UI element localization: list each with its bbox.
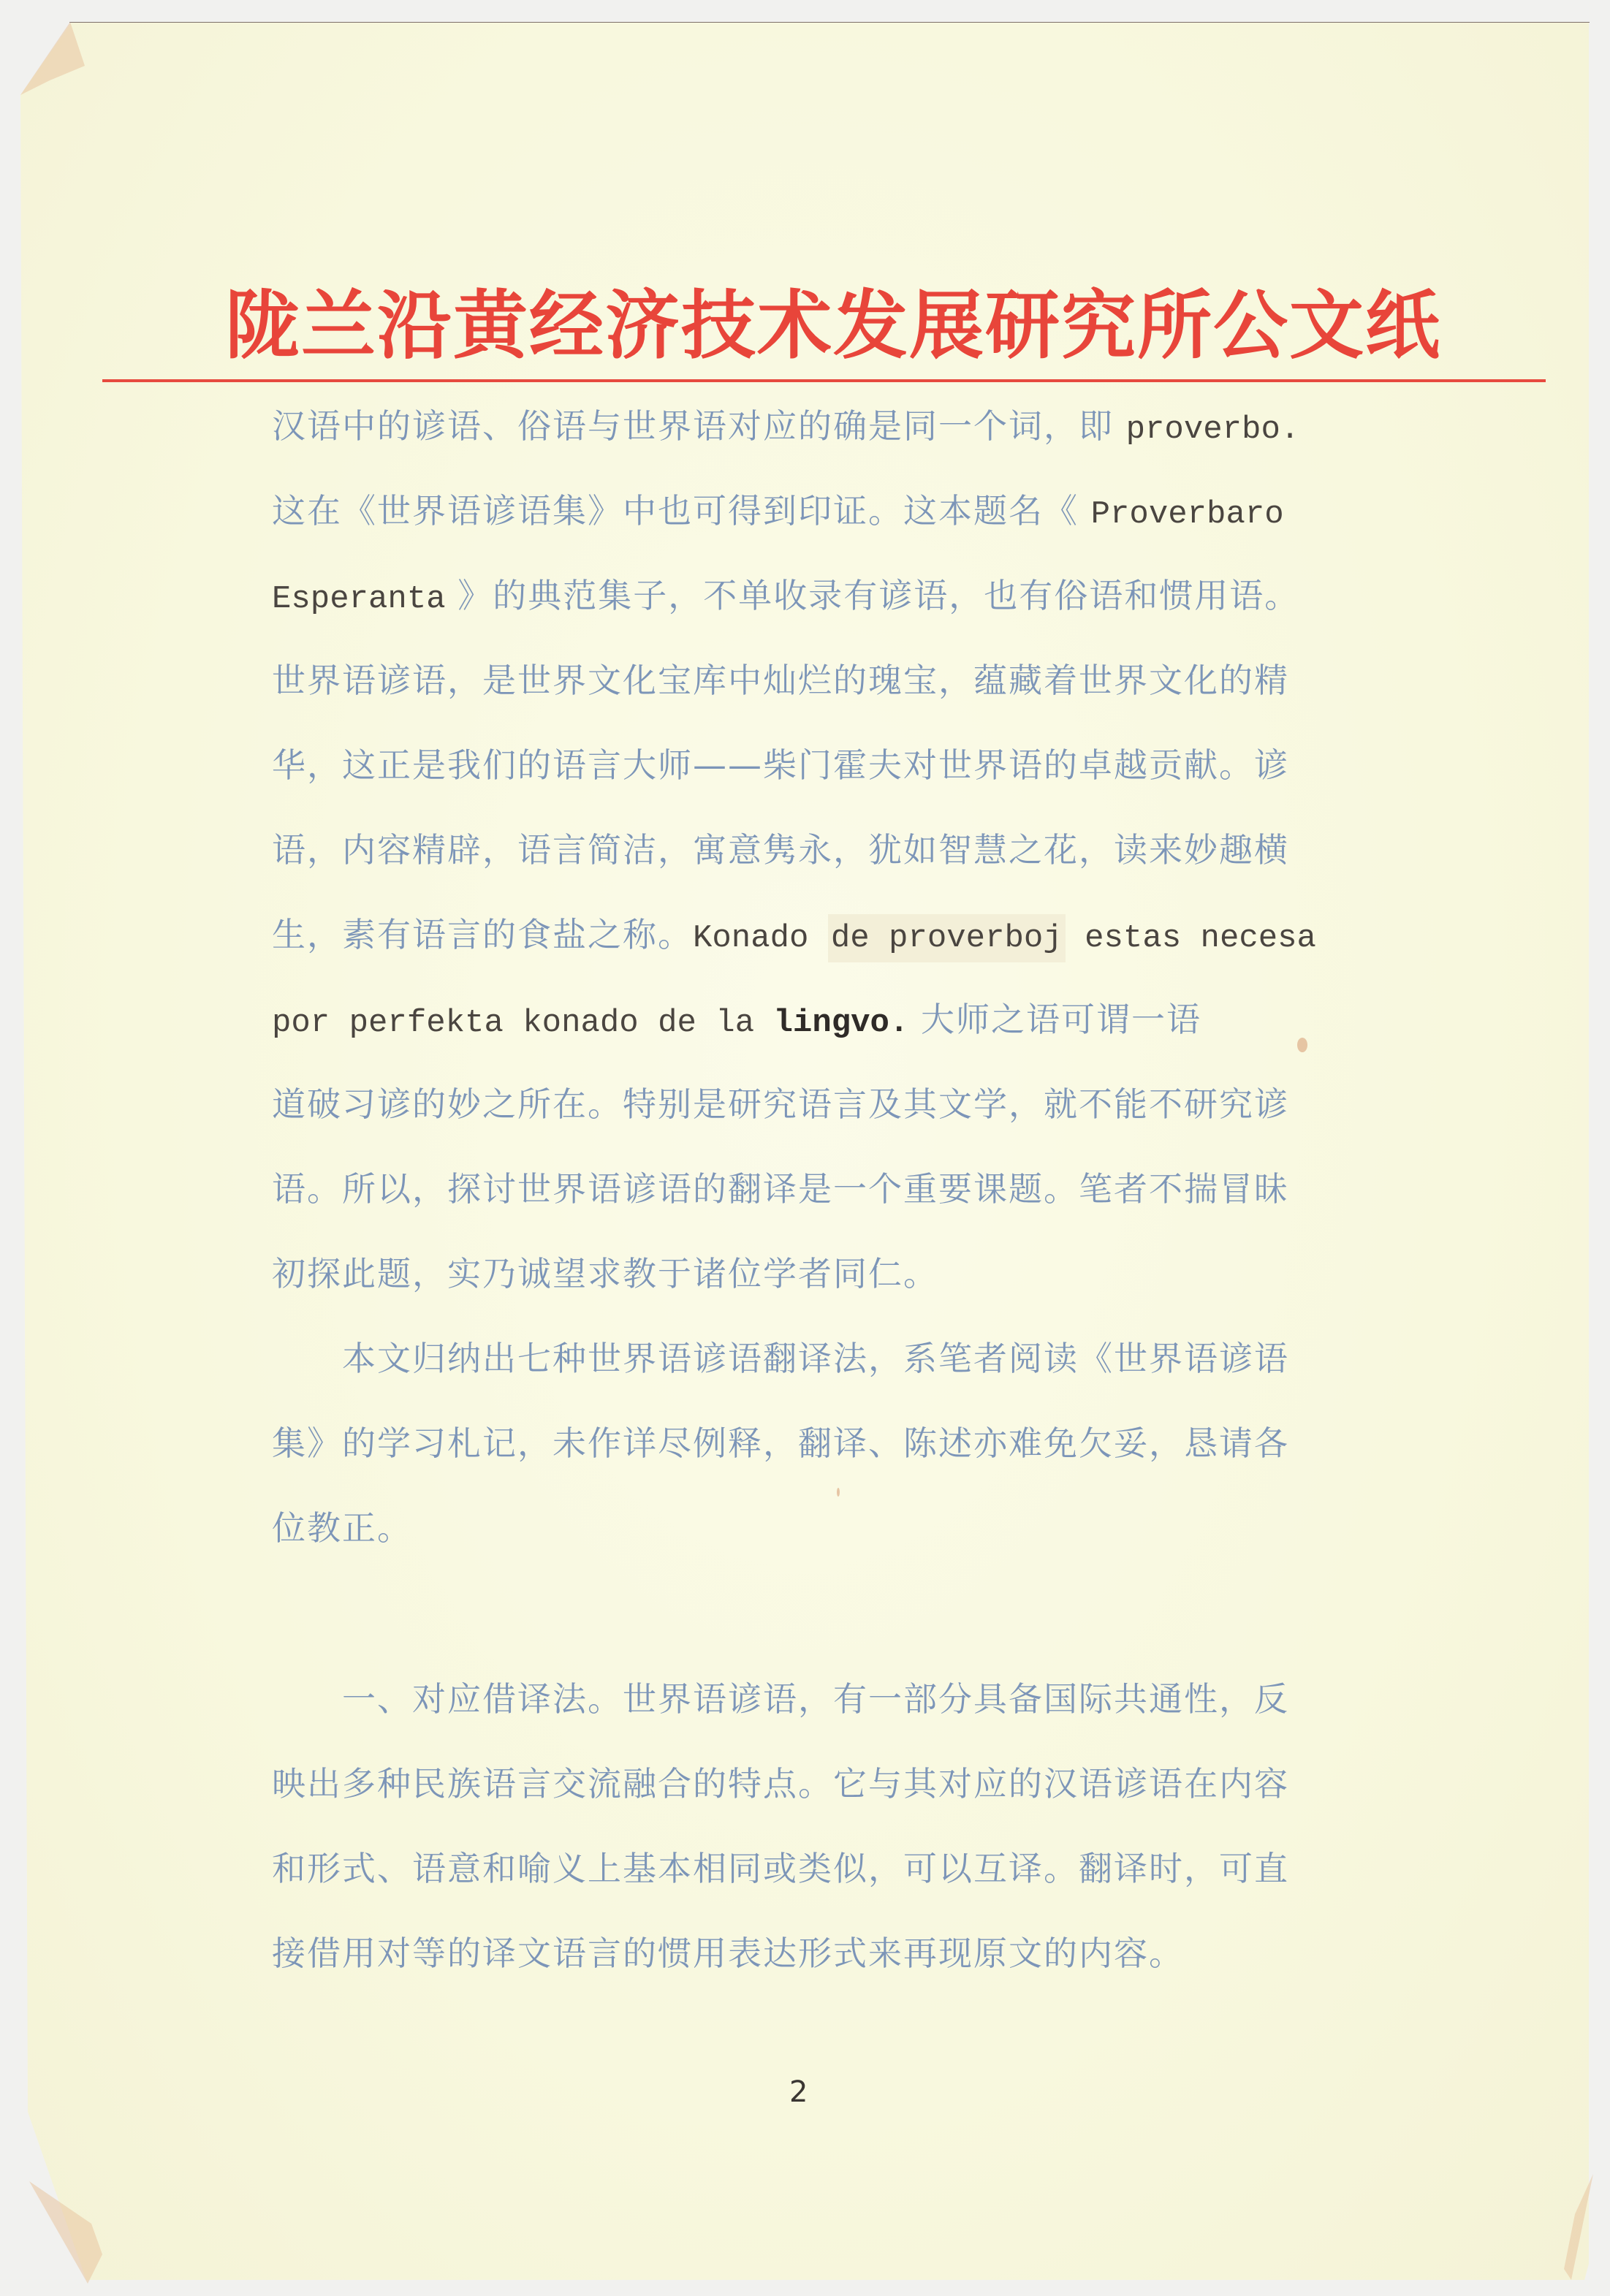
- chinese-text: 接借用对等的译文语言的惯用表达形式来再现原文的内容。: [272, 1934, 1184, 1973]
- text-line: 生，素有语言的食盐之称。Konado de proverboj estas ne…: [272, 892, 1441, 977]
- esperanto-text: de proverboj: [828, 914, 1066, 962]
- text-line: Esperanta 》的典范集子，不单收录有谚语，也有俗语和惯用语。: [272, 553, 1441, 638]
- text-line: 映出多种民族语言交流融合的特点。它与其对应的汉语谚语在内容: [272, 1741, 1441, 1826]
- chinese-text: 世界语谚语，是世界文化宝库中灿烂的瑰宝，蕴藏着世界文化的精: [272, 661, 1289, 700]
- chinese-text: 这在《世界语谚语集》中也可得到印证。这本题名《: [272, 491, 1091, 531]
- text-line: 和形式、语意和喻义上基本相同或类似，可以互译。翻译时，可直: [272, 1826, 1441, 1911]
- chinese-text: 一、对应借译法。世界语谚语，有一部分具备国际共通性，反: [342, 1679, 1289, 1719]
- chinese-text: 本文归纳出七种世界语谚语翻译法，系笔者阅读《世界语谚语: [342, 1339, 1289, 1378]
- text-line: 集》的学习札记，未作详尽例释，翻译、陈述亦难免欠妥，恳请各: [272, 1401, 1441, 1486]
- text-line: 位教正。: [272, 1486, 1441, 1570]
- chinese-text: 映出多种民族语言交流融合的特点。它与其对应的汉语谚语在内容: [272, 1764, 1289, 1803]
- esperanto-text: estas necesa: [1066, 920, 1316, 957]
- chinese-text: 汉语中的谚语、俗语与世界语对应的确是同一个词，即: [272, 406, 1126, 446]
- text-line: 道破习谚的妙之所在。特别是研究语言及其文学，就不能不研究谚: [272, 1062, 1441, 1147]
- chinese-text: 华，这正是我们的语言大师——柴门霍夫对世界语的卓越贡献。谚: [272, 745, 1289, 785]
- text-line: 世界语谚语，是世界文化宝库中灿烂的瑰宝，蕴藏着世界文化的精: [272, 638, 1441, 723]
- text-line: 这在《世界语谚语集》中也可得到印证。这本题名《 Proverbaro: [272, 468, 1441, 553]
- esperanto-text: por perfekta konado de la: [272, 1005, 774, 1041]
- letterhead-rule: [102, 379, 1546, 382]
- chinese-text: 》的典范集子，不单收录有谚语，也有俗语和惯用语。: [446, 576, 1300, 615]
- esperanto-text: Konado: [693, 920, 828, 957]
- letterhead-title: 陇兰沿黄经济技术发展研究所公文纸: [146, 267, 1520, 373]
- text-line: 汉语中的谚语、俗语与世界语对应的确是同一个词，即 proverbo.: [272, 384, 1441, 468]
- chinese-text: 语，内容精辟，语言简洁，寓意隽永，犹如智慧之花，读来妙趣横: [272, 830, 1289, 870]
- chinese-text: 和形式、语意和喻义上基本相同或类似，可以互译。翻译时，可直: [272, 1849, 1289, 1888]
- esperanto-text: proverbo.: [1126, 411, 1300, 448]
- chinese-text: 大师之语可谓一语: [908, 1000, 1201, 1039]
- page-number: 2: [789, 2075, 808, 2109]
- text-line: 语。所以，探讨世界语谚语的翻译是一个重要课题。笔者不揣冒昧: [272, 1147, 1441, 1231]
- text-line: por perfekta konado de la lingvo. 大师之语可谓…: [272, 977, 1441, 1062]
- esperanto-text: Proverbaro: [1091, 496, 1284, 533]
- chinese-text: 语。所以，探讨世界语谚语的翻译是一个重要课题。笔者不揣冒昧: [272, 1169, 1289, 1209]
- chinese-text: 道破习谚的妙之所在。特别是研究语言及其文学，就不能不研究谚: [272, 1084, 1289, 1124]
- chinese-text: 初探此题，实乃诚望求教于诸位学者同仁。: [272, 1254, 938, 1293]
- text-line: 初探此题，实乃诚望求教于诸位学者同仁。: [272, 1231, 1441, 1316]
- text-line: 语，内容精辟，语言简洁，寓意隽永，犹如智慧之花，读来妙趣横: [272, 807, 1441, 892]
- esperanto-text: lingvo.: [774, 1005, 909, 1041]
- chinese-text: 生，素有语言的食盐之称。: [272, 915, 693, 954]
- chinese-text: 位教正。: [272, 1508, 412, 1548]
- text-line: 本文归纳出七种世界语谚语翻译法，系笔者阅读《世界语谚语: [272, 1316, 1441, 1401]
- chinese-text: 集》的学习札记，未作详尽例释，翻译、陈述亦难免欠妥，恳请各: [272, 1423, 1289, 1463]
- text-line: 接借用对等的译文语言的惯用表达形式来再现原文的内容。: [272, 1911, 1441, 1996]
- text-line: 华，这正是我们的语言大师——柴门霍夫对世界语的卓越贡献。谚: [272, 723, 1441, 807]
- document-body: 汉语中的谚语、俗语与世界语对应的确是同一个词，即 proverbo.这在《世界语…: [272, 384, 1441, 1996]
- paragraph-gap: [272, 1570, 1441, 1657]
- paper-top-edge: [69, 22, 1590, 23]
- esperanto-text: Esperanta: [272, 581, 446, 617]
- text-line: 一、对应借译法。世界语谚语，有一部分具备国际共通性，反: [272, 1657, 1441, 1741]
